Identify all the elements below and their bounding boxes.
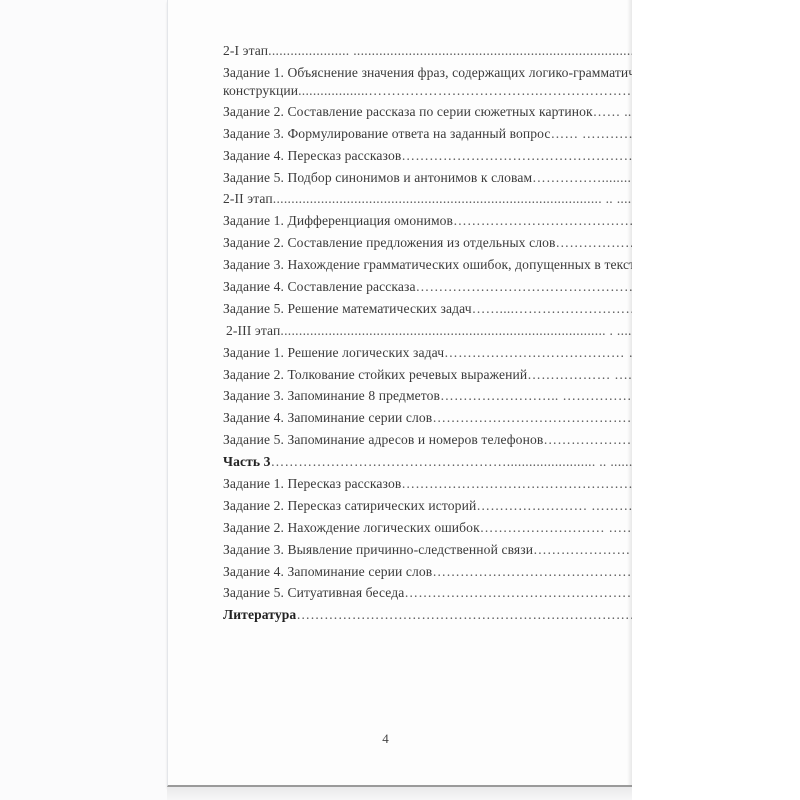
toc-entry: Задание 5. Запоминание адресов и номеров… (223, 429, 633, 451)
toc-entry: Задание 5. Подбор синонимов и антонимов … (223, 167, 633, 189)
toc-dot-leader: …………………….. ……………………........ (440, 388, 633, 403)
toc-dot-leader: ……………… …................................… (527, 367, 633, 382)
toc-entry: Задание 4. Составление рассказа………………………… (223, 276, 633, 298)
toc-entry-title: 2-III этап (226, 323, 280, 338)
toc-dot-leader: ………………………………… ………………........... (444, 345, 633, 360)
table-of-contents: 2-I этап...................... .........… (223, 40, 633, 626)
toc-entry-title: Задание 1. Объяснение значения фраз, сод… (223, 65, 633, 80)
toc-dot-leader: …………………………………………….......................… (416, 279, 633, 294)
toc-entry: конструкции...................…………………………… (223, 81, 633, 101)
page-edge-shadow (167, 787, 632, 800)
toc-dot-leader: ……………………………………………………………………..............… (296, 607, 633, 622)
toc-entry: Задание 4. Запоминание серии слов…………………… (223, 561, 633, 583)
toc-entry-title: Задание 2. Толкование стойких речевых вы… (223, 367, 527, 382)
toc-entry: Задание 5. Ситуативная беседа……………………………… (223, 582, 633, 604)
toc-entry-title: Задание 4. Запоминание серии слов (223, 564, 432, 579)
scanned-document-view: 2-I этап...................... .........… (0, 0, 800, 800)
toc-dot-leader: …………………… ………............................… (476, 498, 633, 513)
toc-entry-title: Задание 2. Нахождение логических ошибок (223, 520, 480, 535)
toc-entry: Задание 4. Запоминание серии слов…………………… (223, 407, 633, 429)
toc-dot-leader: ……………………………………..........................… (453, 213, 633, 228)
toc-entry-title: Задание 5. Запоминание адресов и номеров… (223, 432, 543, 447)
toc-entry-title: Задание 2. Пересказ сатирических историй (223, 498, 476, 513)
toc-entry-title: Задание 3. Выявление причинно-следственн… (223, 542, 533, 557)
toc-entry-title: Литература (223, 607, 296, 622)
page-number: 4 (168, 731, 633, 747)
toc-entry: Литература……………………………………………………………………....… (223, 604, 633, 626)
toc-entry: Задание 3. Нахождение грамматических оши… (223, 254, 633, 276)
book-page: 2-I этап...................... .........… (167, 0, 633, 787)
toc-dot-leader: ……………...................................… (532, 170, 633, 185)
toc-entry: Задание 4. Пересказ рассказов……………………………… (223, 145, 633, 167)
toc-entry-title: Задание 2. Составление рассказа по серии… (223, 104, 593, 119)
toc-dot-leader: ........................................… (280, 323, 633, 338)
toc-entry-title: Задание 4. Составление рассказа (223, 279, 416, 294)
toc-dot-leader: ...................... .................… (268, 43, 633, 58)
toc-entry: Часть 3……………………………………………................… (223, 451, 633, 473)
toc-entry-title: Задание 5. Ситуативная беседа (223, 585, 404, 600)
toc-entry: Задание 1. Объяснение значения фраз, сод… (223, 64, 633, 81)
toc-entry-title: Задание 2. Составление предложения из от… (223, 235, 556, 250)
toc-dot-leader: ...................……………………………….………………….… (298, 83, 633, 98)
toc-entry: Задание 3. Формулирование ответа на зада… (223, 123, 633, 145)
toc-entry-title: Задание 3. Формулирование ответа на зада… (223, 126, 551, 141)
toc-dot-leader: ……………………… ………...........................… (480, 520, 633, 535)
toc-dot-leader: ……………………………………………….. ...................… (432, 564, 633, 579)
toc-entry-title: конструкции (223, 83, 298, 98)
toc-entry-title: 2-II этап (223, 191, 273, 206)
toc-dot-leader: ........................................… (273, 191, 633, 206)
toc-entry: Задание 1. Дифференциация омонимов………………… (223, 210, 633, 232)
toc-dot-leader: …… ................................... (593, 104, 633, 119)
toc-dot-leader: …… ………….................................… (551, 126, 633, 141)
toc-entry-title: Часть 3 (223, 454, 271, 469)
toc-entry-title: Задание 1. Решение логических задач (223, 345, 444, 360)
toc-entry: Задание 2. Нахождение логических ошибок…… (223, 517, 633, 539)
toc-entry: Задание 5. Решение математических задач…… (223, 298, 633, 320)
toc-entry: 2-I этап...................... .........… (223, 40, 633, 62)
toc-entry: Задание 2. Толкование стойких речевых вы… (223, 364, 633, 386)
toc-dot-leader: ……………………............................... (543, 432, 633, 447)
toc-entry: Задание 2. Составление предложения из от… (223, 232, 633, 254)
page-margin-right (632, 0, 800, 800)
toc-dot-leader: ……....……………………….........................… (472, 301, 633, 316)
toc-dot-leader: ………………… …............................ (533, 542, 633, 557)
toc-entry: Задание 3. Выявление причинно-следственн… (223, 539, 633, 561)
toc-dot-leader: …………………............................ (556, 235, 633, 250)
toc-entry: Задание 2. Пересказ сатирических историй… (223, 495, 633, 517)
toc-dot-leader: ………………………………………………................. (432, 410, 633, 425)
toc-dot-leader: …………………………………………… ………...................… (401, 476, 633, 491)
toc-entry: Задание 2. Составление рассказа по серии… (223, 101, 633, 123)
toc-dot-leader: ……………………………………………… .....................… (401, 148, 633, 163)
toc-entry: Задание 1. Пересказ рассказов……………………………… (223, 473, 633, 495)
toc-dot-leader: ………………………………………………….....................… (404, 585, 633, 600)
toc-entry-title: Задание 1. Дифференциация омонимов (223, 213, 453, 228)
toc-entry: Задание 3. Запоминание 8 предметов………………… (223, 385, 633, 407)
toc-entry: 2-III этап..............................… (223, 320, 633, 342)
toc-entry-title: Задание 3. Нахождение грамматических оши… (223, 257, 633, 272)
toc-entry-title: Задание 5. Решение математических задач (223, 301, 472, 316)
toc-entry-title: Задание 4. Запоминание серии слов (223, 410, 432, 425)
toc-dot-leader: …………………………………………….......................… (271, 454, 633, 469)
toc-entry: 2-II этап...............................… (223, 188, 633, 210)
toc-entry-title: Задание 1. Пересказ рассказов (223, 476, 401, 491)
toc-entry-title: Задание 4. Пересказ рассказов (223, 148, 401, 163)
toc-entry: Задание 1. Решение логических задач……………… (223, 342, 633, 364)
toc-entry-title: 2-I этап (223, 43, 268, 58)
toc-entry-title: Задание 3. Запоминание 8 предметов (223, 388, 440, 403)
toc-entry-title: Задание 5. Подбор синонимов и антонимов … (223, 170, 532, 185)
